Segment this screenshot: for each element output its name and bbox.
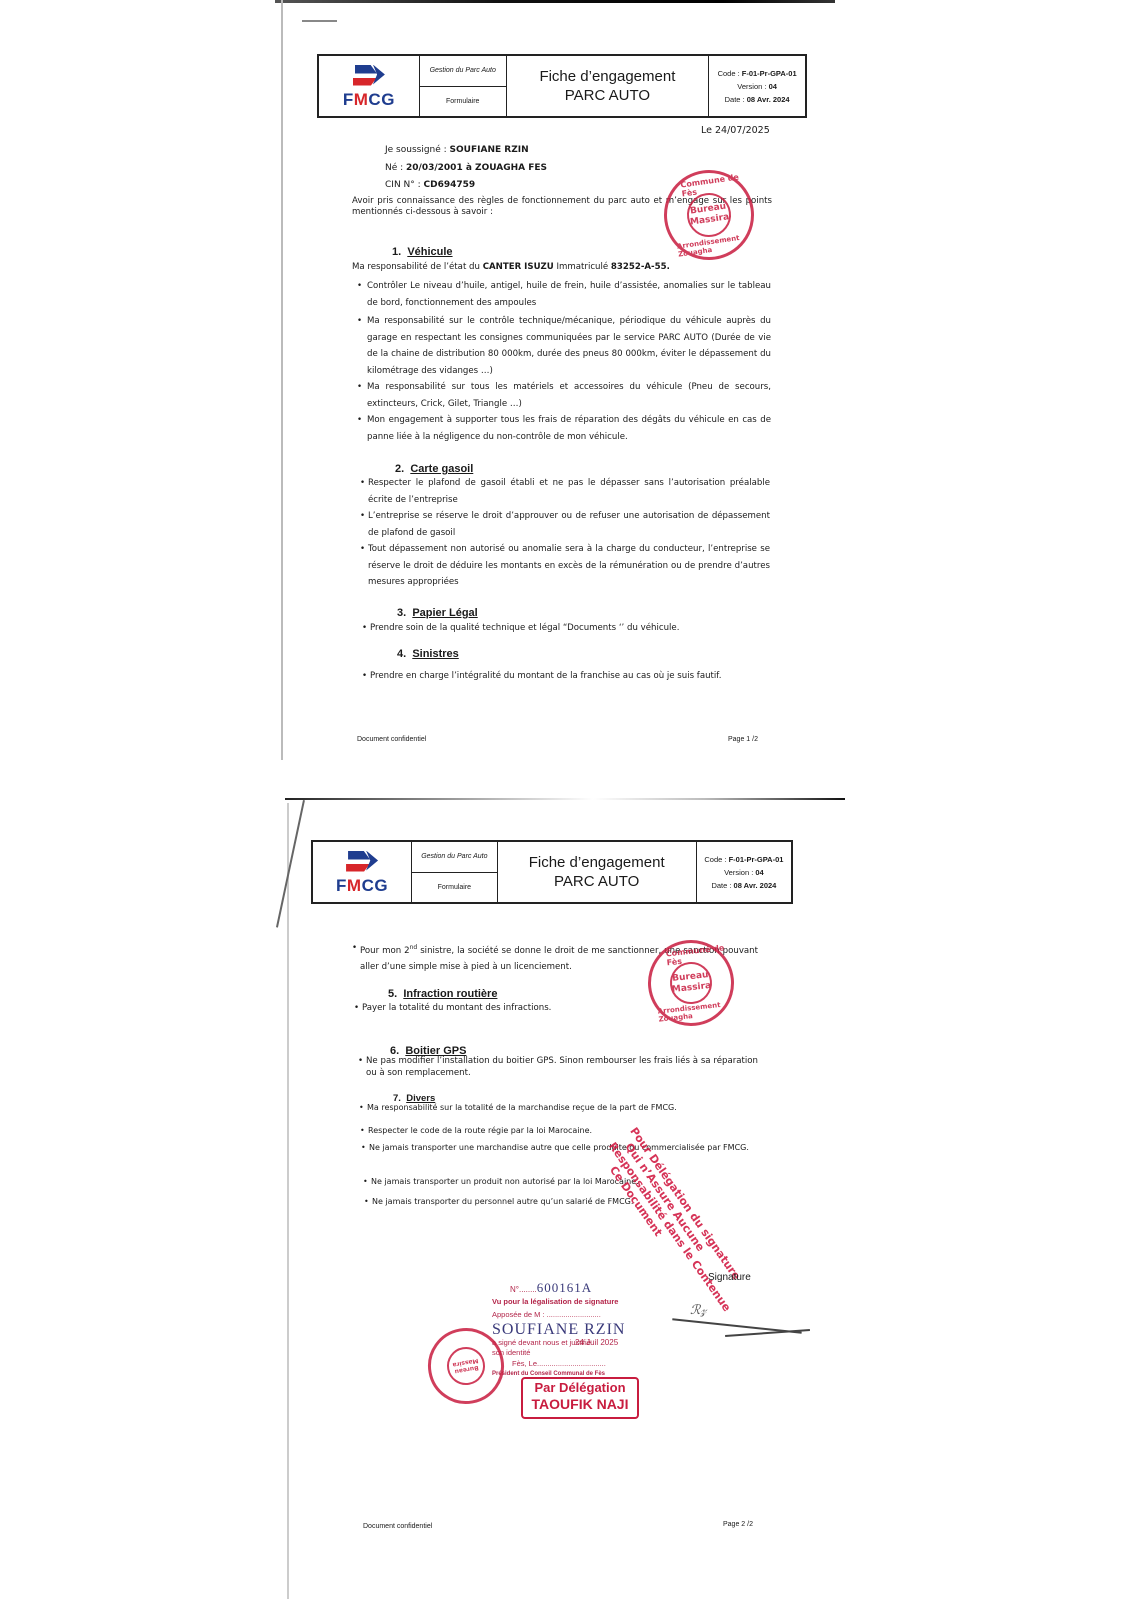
logo-text: FMCG xyxy=(336,876,388,896)
soussigne-line: Je soussigné : SOUFIANE RZIN xyxy=(385,142,529,158)
title-line-2: PARC AUTO xyxy=(565,86,650,105)
version-label: Version : xyxy=(724,868,755,877)
scan-edge xyxy=(275,0,835,3)
scan-mark xyxy=(276,800,305,928)
stamp-inner: Bureau Massira xyxy=(444,1344,488,1388)
section-title: Carte gasoil xyxy=(410,463,473,475)
signature-label: Signature xyxy=(708,1270,751,1286)
document-date: Le 24/07/2025 xyxy=(701,123,770,139)
employee-name: SOUFIANE RZIN xyxy=(450,145,529,155)
footer-confidential: Document confidentiel xyxy=(357,736,426,743)
department-label: Gestion du Parc Auto xyxy=(412,842,496,873)
section-title: Infraction routière xyxy=(403,988,497,1000)
scan-edge xyxy=(287,803,289,1599)
bullet-text: Payer la totalité du montant des infract… xyxy=(362,1003,551,1013)
cin-value: CD694759 xyxy=(424,180,476,190)
vehicle-lead: Ma responsabilité de l’état du CANTER IS… xyxy=(352,259,670,275)
list-item: •Ne jamais transporter une marchandise a… xyxy=(369,1142,757,1153)
birth-value: 20/03/2001 à ZOUAGHA FES xyxy=(406,163,547,173)
bullet-text: Respecter le code de la route régie par … xyxy=(368,1126,592,1135)
page-number: Page 1 /2 xyxy=(728,736,758,743)
stamp-inner: Bureau Massira xyxy=(668,960,714,1006)
date-value: 08 Avr. 2024 xyxy=(734,881,777,890)
stamp-ring-text: Arrondissement Zouagha xyxy=(657,1000,734,1024)
bullet-text: Ma responsabilité sur la totalité de la … xyxy=(367,1103,677,1112)
section-number: 4. xyxy=(397,648,406,660)
scan-mark xyxy=(302,20,337,22)
section-title: Papier Légal xyxy=(412,607,477,619)
code-value: F-01-Pr-GPA-01 xyxy=(729,855,784,864)
bullet-text: Mon engagement à supporter tous les frai… xyxy=(367,415,771,442)
fmcg-arrow-icon xyxy=(351,63,387,89)
fmcg-arrow-icon xyxy=(344,849,380,875)
list-item: •Ma responsabilité sur la totalité de la… xyxy=(367,1100,767,1117)
vehicle-model: CANTER ISUZU xyxy=(483,262,554,272)
section-number: 1. xyxy=(392,246,401,258)
stamp-text: Par Délégation xyxy=(523,1379,637,1396)
delegation-name-stamp: Par Délégation TAOUFIK NAJI xyxy=(521,1377,639,1419)
code-label: Code : xyxy=(718,69,742,78)
bullet-text: Ne pas modifier l’installation du boitie… xyxy=(366,1056,758,1078)
list-item: •Prendre soin de la qualité technique et… xyxy=(370,620,770,637)
legal-name: SOUFIANE RZIN xyxy=(492,1322,642,1338)
list-item: •Contrôler Le niveau d’huile, antigel, h… xyxy=(367,278,771,311)
bullet-text: Contrôler Le niveau d’huile, antigel, hu… xyxy=(367,281,771,308)
document-header: FMCG Gestion du Parc Auto Formulaire Fic… xyxy=(317,54,807,118)
company-logo: FMCG xyxy=(313,842,412,902)
legal-number-label: N° xyxy=(510,1285,519,1294)
company-logo: FMCG xyxy=(319,56,420,116)
footer-confidential: Document confidentiel xyxy=(363,1523,432,1530)
vehicle-plate: 83252-A-55. xyxy=(611,262,670,272)
list-item: •Tout dépassement non autorisé ou anomal… xyxy=(368,541,770,591)
bullet-text: Ne jamais transporter une marchandise au… xyxy=(369,1143,749,1152)
section-number: 2. xyxy=(395,463,404,475)
bullet-text: Prendre en charge l’intégralité du monta… xyxy=(370,671,721,681)
page-number: Page 2 /2 xyxy=(723,1521,753,1528)
list-item: •L’entreprise se réserve le droit d’appr… xyxy=(368,508,770,541)
document-meta: Code : F-01-Pr-GPA-01 Version : 04 Date … xyxy=(709,56,805,116)
section-title: Véhicule xyxy=(407,246,452,258)
stamp-inner: Bureau Massira xyxy=(684,190,734,240)
birth-line: Né : 20/03/2001 à ZOUAGHA FES xyxy=(385,160,547,176)
section-title: Sinistres xyxy=(412,648,458,660)
list-item: •Ne jamais transporter un produit non au… xyxy=(371,1174,771,1191)
birth-label: Né : xyxy=(385,163,406,173)
title-line-1: Fiche d’engagement xyxy=(529,853,665,872)
section-heading: 2. Carte gasoil xyxy=(395,463,473,475)
bullet-text: Pour mon 2 xyxy=(360,946,410,956)
stamp-ring-text: Commune de Fès xyxy=(665,943,729,967)
code-label: Code : xyxy=(704,855,728,864)
cin-line: CIN N° : CD694759 xyxy=(385,177,475,193)
department-label: Gestion du Parc Auto xyxy=(420,56,506,87)
list-item: •Mon engagement à supporter tous les fra… xyxy=(367,412,771,445)
scan-edge xyxy=(281,0,283,760)
legal-fes: Fès, Le................................. xyxy=(492,1358,642,1369)
soussigne-label: Je soussigné : xyxy=(385,145,450,155)
legalisation-block: N°........600161A Vu pour la légalisatio… xyxy=(492,1280,642,1379)
cin-label: CIN N° : xyxy=(385,180,424,190)
bullet-text: Prendre soin de la qualité technique et … xyxy=(370,623,679,633)
bullet-text: Tout dépassement non autorisé ou anomali… xyxy=(368,544,770,587)
stamp-ring-text: Arrondissement Zouagha xyxy=(677,232,756,259)
legal-date: 24 Juil 2025 xyxy=(575,1335,618,1350)
page-separator xyxy=(285,798,845,800)
section-number: 5. xyxy=(388,988,397,1000)
document-title: Fiche d’engagement PARC AUTO xyxy=(498,842,697,902)
legal-number-value: 600161A xyxy=(537,1280,592,1295)
legal-vu: Vu pour la légalisation de signature xyxy=(492,1297,642,1307)
date-label: Date : xyxy=(711,881,733,890)
list-item: •Ne jamais transporter du personnel autr… xyxy=(372,1194,772,1211)
section-heading: 5. Infraction routière xyxy=(388,988,497,1000)
version-value: 04 xyxy=(769,82,777,91)
title-line-2: PARC AUTO xyxy=(554,872,639,891)
document-title: Fiche d’engagement PARC AUTO xyxy=(507,56,710,116)
section-number: 3. xyxy=(397,607,406,619)
version-value: 04 xyxy=(755,868,763,877)
document-header: FMCG Gestion du Parc Auto Formulaire Fic… xyxy=(311,840,793,904)
list-item: •Ma responsabilité sur le contrôle techn… xyxy=(367,313,771,379)
bullet-text: Respecter le plafond de gasoil établi et… xyxy=(368,478,770,505)
logo-text: FMCG xyxy=(343,90,395,110)
commune-stamp: Commune de Fès Bureau Massira Arrondisse… xyxy=(658,164,760,266)
title-line-1: Fiche d’engagement xyxy=(539,67,675,86)
signature-initials: ℛ𝓏 xyxy=(690,1302,706,1318)
bullet-text: L’entreprise se réserve le droit d’appro… xyxy=(368,511,770,538)
doc-type-label: Formulaire xyxy=(412,873,496,903)
list-item: •Ma responsabilité sur tous les matériel… xyxy=(367,379,771,412)
section-heading: 4. Sinistres xyxy=(397,648,459,660)
bullet-text: Ne jamais transporter du personnel autre… xyxy=(372,1197,633,1206)
lead-text: Ma responsabilité de l’état du xyxy=(352,262,483,272)
bullet-text: Ma responsabilité sur le contrôle techni… xyxy=(367,316,771,376)
list-item: •Ne pas modifier l’installation du boiti… xyxy=(366,1055,758,1079)
legal-apposee: Apposée de M : .........................… xyxy=(492,1307,642,1322)
list-item: •Prendre en charge l’intégralité du mont… xyxy=(370,668,770,685)
section-heading: 3. Papier Légal xyxy=(397,607,478,619)
list-item: •Respecter le code de la route régie par… xyxy=(368,1123,768,1140)
date-value: 08 Avr. 2024 xyxy=(747,95,790,104)
document-meta: Code : F-01-Pr-GPA-01 Version : 04 Date … xyxy=(697,842,791,902)
date-label: Date : xyxy=(725,95,747,104)
bullet-text: Ma responsabilité sur tous les matériels… xyxy=(367,382,771,409)
doc-type-label: Formulaire xyxy=(420,87,506,117)
bullet-text: Ne jamais transporter un produit non aut… xyxy=(371,1177,639,1186)
stamp-text: TAOUFIK NAJI xyxy=(523,1396,637,1413)
section-heading: 1. Véhicule xyxy=(392,246,453,258)
list-item: •Respecter le plafond de gasoil établi e… xyxy=(368,475,770,508)
version-label: Version : xyxy=(737,82,768,91)
code-value: F-01-Pr-GPA-01 xyxy=(742,69,797,78)
lead-text: Immatriculé xyxy=(554,262,611,272)
